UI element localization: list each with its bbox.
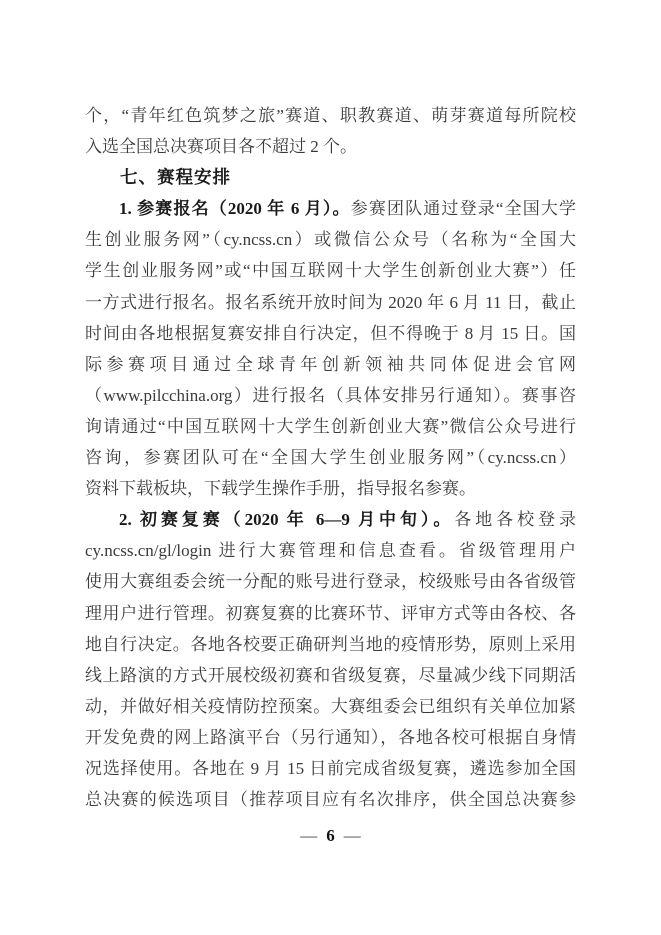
text-line: 动，并做好相关疫情防控预案。大赛组委会已组织有关单位加紧 [85,691,576,722]
text-line: 生创业服务网”（cy.ncss.cn）或微信公众号（名称为“全国大 [85,224,576,255]
section-heading: 七、赛程安排 [85,162,576,193]
footer-left-dash: — [300,826,317,845]
numbered-item-heading: 1. 参赛报名（2020 年 6 月）。 [119,199,351,218]
text-run: 各地各校登录 [454,510,576,529]
text-line: 开发免费的网上路演平台（另行通知），各地各校可根据自身情 [85,722,576,753]
text-line: 询请通过“中国互联网十大学生创新创业大赛”微信公众号进行 [85,411,576,442]
text-line: 学生创业服务网”或“中国互联网十大学生创新创业大赛”）任 [85,255,576,286]
text-line: 总决赛的候选项目（推荐项目应有名次排序，供全国总决赛参 [85,784,576,815]
numbered-item-line: 2. 初赛复赛（2020 年 6—9 月中旬）。各地各校登录 [85,504,576,535]
page-number: 6 [326,826,335,845]
text-line: 咨询，参赛团队可在“全国大学生创业服务网”（cy.ncss.cn） [85,442,576,473]
footer-right-dash: — [344,826,361,845]
text-line: 地自行决定。各地各校要正确研判当地的疫情形势，原则上采用 [85,629,576,660]
text-line: cy.ncss.cn/gl/login 进行大赛管理和信息查看。省级管理用户 [85,535,576,566]
text-line: 况选择使用。各地在 9 月 15 日前完成省级复赛，遴选参加全国 [85,753,576,784]
text-line: （www.pilcchina.org）进行报名（具体安排另行通知）。赛事咨 [85,380,576,411]
text-line: 线上路演的方式开展校级初赛和省级复赛，尽量减少线下同期活 [85,660,576,691]
document-page: 个，“青年红色筑梦之旅”赛道、职教赛道、萌芽赛道每所院校 入选全国总决赛项目各不… [0,0,661,935]
numbered-item-line: 1. 参赛报名（2020 年 6 月）。参赛团队通过登录“全国大学 [85,193,576,224]
text-line: 时间由各地根据复赛安排自行决定，但不得晚于 8 月 15 日。国 [85,318,576,349]
text-line: 资料下载板块，下载学生操作手册，指导报名参赛。 [85,473,576,504]
text-run: 参赛团队通过登录“全国大学 [351,199,576,218]
numbered-item-heading: 2. 初赛复赛（2020 年 6—9 月中旬）。 [119,510,454,529]
text-line: 个，“青年红色筑梦之旅”赛道、职教赛道、萌芽赛道每所院校 [85,100,576,131]
page-footer: —6— [0,825,661,847]
text-line: 入选全国总决赛项目各不超过 2 个。 [85,131,576,162]
text-line: 际参赛项目通过全球青年创新领袖共同体促进会官网 [85,349,576,380]
text-line: 一方式进行报名。报名系统开放时间为 2020 年 6 月 11 日，截止 [85,287,576,318]
text-line: 使用大赛组委会统一分配的账号进行登录，校级账号由各省级管 [85,566,576,597]
text-line: 理用户进行管理。初赛复赛的比赛环节、评审方式等由各校、各 [85,598,576,629]
document-body: 个，“青年红色筑梦之旅”赛道、职教赛道、萌芽赛道每所院校 入选全国总决赛项目各不… [85,100,576,815]
